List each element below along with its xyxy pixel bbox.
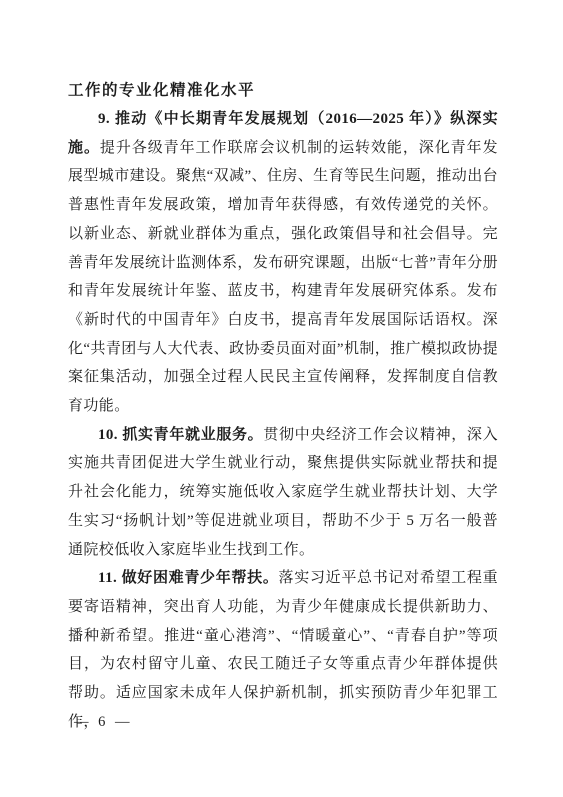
page-number: — 6 — xyxy=(74,714,133,731)
section-heading: 工作的专业化精准化水平 xyxy=(68,76,498,105)
document-body: 工作的专业化精准化水平 9. 推动《中长期青年发展规划（2016—2025 年）… xyxy=(68,76,498,736)
paragraph-10-text: 贯彻中央经济工作会议精神，深入实施共青团促进大学生就业行动，聚焦提供实际就业帮扶… xyxy=(68,427,498,558)
paragraph-item-9: 9. 推动《中长期青年发展规划（2016—2025 年）》纵深实施。提升各级青年… xyxy=(68,105,498,421)
document-page: 工作的专业化精准化水平 9. 推动《中长期青年发展规划（2016—2025 年）… xyxy=(0,0,563,797)
paragraph-11-lead-sentence: 11. 做好困难青少年帮扶。 xyxy=(98,570,279,586)
paragraph-item-11: 11. 做好困难青少年帮扶。落实习近平总书记对希望工程重要寄语精神，突出育人功能… xyxy=(68,564,498,736)
paragraph-10-lead-sentence: 10. 抓实青年就业服务。 xyxy=(98,427,263,443)
paragraph-item-10: 10. 抓实青年就业服务。贯彻中央经济工作会议精神，深入实施共青团促进大学生就业… xyxy=(68,421,498,565)
paragraph-9-text: 提升各级青年工作联席会议机制的运转效能，深化青年发展型城市建设。聚焦“双减”、住… xyxy=(68,140,498,414)
paragraph-11-text: 落实习近平总书记对希望工程重要寄语精神，突出育人功能，为青少年健康成长提供新助力… xyxy=(68,570,498,730)
